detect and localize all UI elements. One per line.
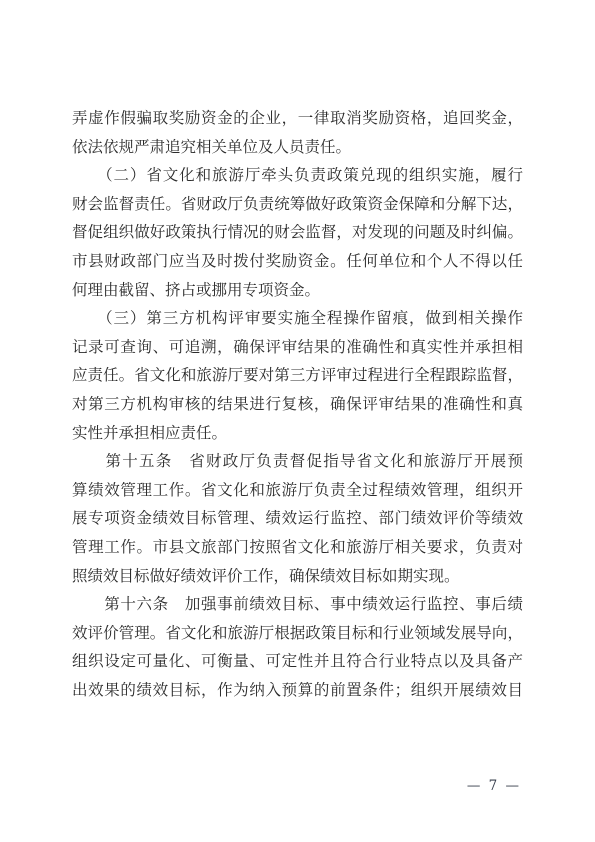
text-line: 依法依规严肃追究相关单位及人员责任。 bbox=[72, 133, 523, 162]
paragraph: 第十五条 省财政厅负责督促指导省文化和旅游厅开展预算绩效管理工作。省文化和旅游厅… bbox=[72, 447, 523, 590]
text-line: 第十五条 省财政厅负责督促指导省文化和旅游厅开展预 bbox=[72, 447, 523, 476]
text-line: 财会监督责任。省财政厅负责统筹做好政策资金保障和分解下达， bbox=[72, 190, 523, 219]
text-line: （三）第三方机构评审要实施全程操作留痕，做到相关操作 bbox=[72, 304, 523, 333]
text-line: 效评价管理。省文化和旅游厅根据政策目标和行业领域发展导向， bbox=[72, 619, 523, 648]
text-line: 弄虚作假骗取奖励资金的企业，一律取消奖励资格，追回奖金， bbox=[72, 104, 523, 133]
page-number: — 7 — bbox=[467, 778, 521, 794]
paragraph: （二）省文化和旅游厅牵头负责政策兑现的组织实施，履行财会监督责任。省财政厅负责统… bbox=[72, 161, 523, 304]
text-line: （二）省文化和旅游厅牵头负责政策兑现的组织实施，履行 bbox=[72, 161, 523, 190]
text-line: 何理由截留、挤占或挪用专项资金。 bbox=[72, 276, 523, 305]
text-line: 记录可查询、可追溯，确保评审结果的准确性和真实性并承担相 bbox=[72, 333, 523, 362]
text-line: 管理工作。市县文旅部门按照省文化和旅游厅相关要求，负责对 bbox=[72, 533, 523, 562]
text-line: 应责任。省文化和旅游厅要对第三方评审过程进行全程跟踪监督， bbox=[72, 361, 523, 390]
text-line: 督促组织做好政策执行情况的财会监督，对发现的问题及时纠偏。 bbox=[72, 218, 523, 247]
text-line: 照绩效目标做好绩效评价工作，确保绩效目标如期实现。 bbox=[72, 562, 523, 591]
paragraph: （三）第三方机构评审要实施全程操作留痕，做到相关操作记录可查询、可追溯，确保评审… bbox=[72, 304, 523, 447]
text-line: 第十六条 加强事前绩效目标、事中绩效运行监控、事后绩 bbox=[72, 590, 523, 619]
text-line: 对第三方机构审核的结果进行复核，确保评审结果的准确性和真 bbox=[72, 390, 523, 419]
text-line: 展专项资金绩效目标管理、绩效运行监控、部门绩效评价等绩效 bbox=[72, 504, 523, 533]
text-line: 出效果的绩效目标，作为纳入预算的前置条件；组织开展绩效目 bbox=[72, 676, 523, 705]
text-line: 组织设定可量化、可衡量、可定性并且符合行业特点以及具备产 bbox=[72, 647, 523, 676]
text-line: 算绩效管理工作。省文化和旅游厅负责全过程绩效管理，组织开 bbox=[72, 476, 523, 505]
paragraph: 第十六条 加强事前绩效目标、事中绩效运行监控、事后绩效评价管理。省文化和旅游厅根… bbox=[72, 590, 523, 704]
paragraph: 弄虚作假骗取奖励资金的企业，一律取消奖励资格，追回奖金，依法依规严肃追究相关单位… bbox=[72, 104, 523, 161]
document-body: 弄虚作假骗取奖励资金的企业，一律取消奖励资格，追回奖金，依法依规严肃追究相关单位… bbox=[72, 104, 523, 704]
text-line: 实性并承担相应责任。 bbox=[72, 419, 523, 448]
document-page: 弄虚作假骗取奖励资金的企业，一律取消奖励资格，追回奖金，依法依规严肃追究相关单位… bbox=[0, 0, 595, 842]
text-line: 市县财政部门应当及时拨付奖励资金。任何单位和个人不得以任 bbox=[72, 247, 523, 276]
